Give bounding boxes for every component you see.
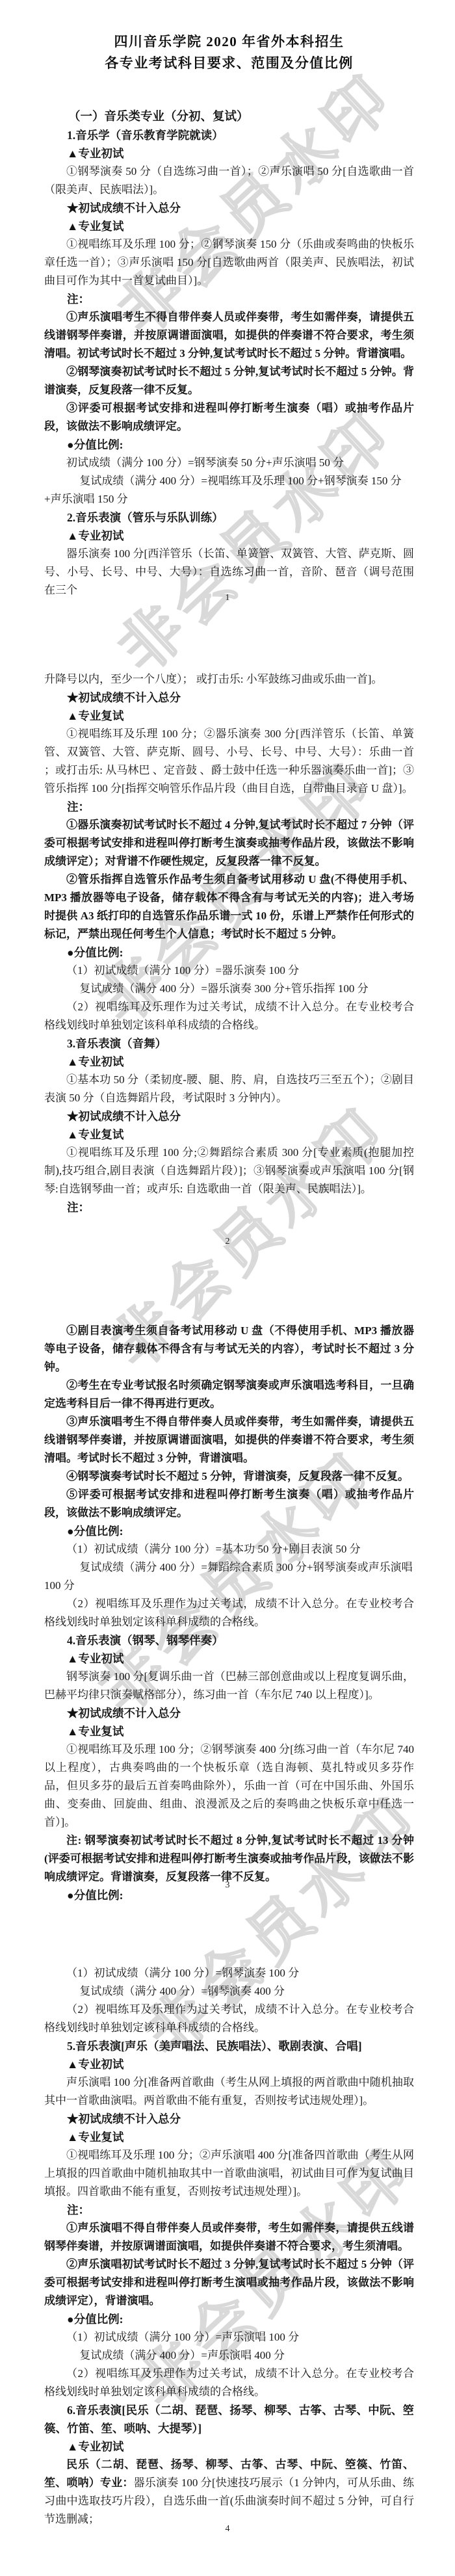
page-4-content: （1）初试成绩（满分 100 分）=钢琴演奏 100 分复试成绩（满分 400 …: [44, 1964, 414, 2529]
body-paragraph: ①视唱练耳及乐理 100 分；②钢琴演奏 400 分[练习曲一首（车尔尼 740…: [44, 1741, 414, 1832]
doc-title-line1: 四川音乐学院 2020 年省外本科招生: [44, 31, 414, 53]
heading: ▲专业复试: [44, 1125, 414, 1144]
heading: ●分值比例:: [44, 2310, 414, 2328]
doc-title: 四川音乐学院 2020 年省外本科招生 各专业考试科目要求、范围及分值比例: [44, 31, 414, 74]
heading: ★初试成绩不计入总分: [44, 2110, 414, 2128]
note-paragraph: ①声乐演唱考生不得自带伴奏人员或伴奏带，考生如需伴奏，请提供五线谱钢琴伴奏谱，并…: [44, 308, 414, 363]
body-paragraph: ①视唱练耳及乐理 100 分；②器乐演奏 300 分[西洋管乐（长笛、单簧管、双…: [44, 725, 414, 798]
heading: ●分值比例:: [44, 943, 414, 962]
note-paragraph: ①声乐演唱不得自带伴奏人员或伴奏带，考生如需伴奏，请提供五线谱钢琴伴奏谱，并按原…: [44, 2219, 414, 2255]
body-paragraph: 升降号以内，至少一个八度）； 或打击乐: 小军鼓练习曲或乐曲一首]。: [44, 670, 414, 689]
heading: 注：: [44, 798, 414, 816]
score-formula: 复试成绩（满分 400 分）=钢琴演奏 400 分: [44, 1982, 414, 2001]
heading: 注：: [44, 290, 414, 308]
score-formula: 复试成绩（满分 400 分）=视唱练耳及乐理 100 分+钢琴演奏 150 分+…: [44, 472, 414, 508]
heading: 注：: [44, 2201, 414, 2219]
heading: ★初试成绩不计入总分: [44, 1704, 414, 1722]
heading: 1.音乐学（音乐教育学院就读）: [44, 126, 414, 144]
body-paragraph: 钢琴演奏 100 分[复调乐曲一首（巴赫三部创意曲或以上程度复调乐曲，巴赫平均律…: [44, 1668, 414, 1704]
note-paragraph: ②考生在专业考试报名时须确定钢琴演奏或声乐演唱选考科目，一旦确定选考科目后一律不…: [44, 1376, 414, 1413]
note-paragraph: ②钢琴演奏初试考试时长不超过 5 分钟,复试考试时长不超过 5 分钟。背谱演奏，…: [44, 363, 414, 399]
page-3-content: ①剧目表演考生须自备考试用移动 U 盘（不得使用手机、MP3 播放器等电子设备，…: [44, 1322, 414, 1904]
score-formula: （1）初试成绩（满分 100 分）=声乐演唱 100 分: [44, 2328, 414, 2346]
page-number-3: 3: [0, 1880, 455, 1891]
heading: 2.音乐表演（管乐与乐队训练）: [44, 508, 414, 527]
body-paragraph: （2）视唱练耳及乐理作为过关考试，成绩不计入总分。在专业校考合格线划线时单独划定…: [44, 1595, 414, 1631]
score-formula: 复试成绩（满分 400 分）=声乐演唱 400 分: [44, 2346, 414, 2365]
body-paragraph: ①视唱练耳及乐理 100 分；②钢琴演奏 150 分（乐曲或奏鸣曲的快板乐章任选…: [44, 235, 414, 290]
page-number-2: 2: [0, 1237, 455, 1247]
body-paragraph: ①视唱练耳及乐理 100 分；②声乐演唱 400 分[准备四首歌曲（考生从网上填…: [44, 2146, 414, 2201]
body-paragraph: （2）视唱练耳及乐理作为过关考试，成绩不计入总分。在专业校考合格线划线时单独划定…: [44, 998, 414, 1034]
note-paragraph: 注: 钢琴演奏初试考试时长不超过 8 分钟,复试考试时长不超过 13 分钟(评委…: [44, 1832, 414, 1886]
body-paragraph: 声乐演唱 100 分[准备两首歌曲（考生从网上填报的两首歌曲中随机抽取其中一首歌…: [44, 2073, 414, 2110]
note-paragraph: ①器乐演奏初试考试时长不超过 4 分钟,复试考试时长不超过 7 分钟（评委可根据…: [44, 816, 414, 871]
heading: 注：: [44, 1198, 414, 1216]
heading: ▲专业复试: [44, 217, 414, 235]
page-1: 四川音乐学院 2020 年省外本科招生 各专业考试科目要求、范围及分值比例 （一…: [0, 0, 455, 644]
page-2-content: 升降号以内，至少一个八度）； 或打击乐: 小军鼓练习曲或乐曲一首]。★初试成绩不…: [44, 670, 414, 1216]
body-paragraph: 器乐演奏 100 分[西洋管乐（长笛、单簧管、双簧管、大管、萨克斯、圆号、小号、…: [44, 545, 414, 599]
note-paragraph: ③声乐演唱考生不得自带伴奏人员或伴奏带，考生如需伴奏，请提供五线谱钢琴伴奏谱，并…: [44, 1413, 414, 1467]
heading: 6.音乐表演[民乐（二胡、琵琶、扬琴、柳琴、古筝、古琴、中阮、箜篌、竹笛、笙、唢…: [44, 2401, 414, 2438]
note-paragraph: ①剧目表演考生须自备考试用移动 U 盘（不得使用手机、MP3 播放器等电子设备，…: [44, 1322, 414, 1376]
heading: ▲专业复试: [44, 1722, 414, 1741]
page-2: 升降号以内，至少一个八度）； 或打击乐: 小军鼓练习曲或乐曲一首]。★初试成绩不…: [0, 644, 455, 1287]
heading: ★初试成绩不计入总分: [44, 1107, 414, 1125]
section-heading: （一）音乐类专业（分初、复试）: [44, 108, 414, 126]
heading: ▲专业复试: [44, 707, 414, 725]
heading: ▲专业初试: [44, 2055, 414, 2073]
body-paragraph: （2）视唱练耳及乐理作为过关考试，成绩不计入总分。在专业校考合格线划线时单独划定…: [44, 2001, 414, 2037]
body-paragraph: 民乐（二胡、琵琶、扬琴、柳琴、古筝、古琴、中阮、箜篌、竹笛、笙、唢呐）专业：器乐…: [44, 2456, 414, 2529]
page-number-4: 4: [0, 2524, 455, 2534]
note-paragraph: ②管乐指挥自选管乐作品考生须自备考试用移动 U 盘(不得使用手机、MP3 播放器…: [44, 871, 414, 943]
note-paragraph: ⑤评委可根据考试安排和进程叫停打断考生演奏（唱）或抽考作品片段，该做法不影响成绩…: [44, 1486, 414, 1522]
score-formula: 复试成绩（满分 400 分）=舞蹈综合素质 300 分+钢琴演奏或声乐演唱 10…: [44, 1558, 414, 1595]
score-formula: （1）初试成绩（满分 100 分）=基本功 50 分+剧目表演 50 分: [44, 1540, 414, 1558]
score-formula: 初试成绩（满分 100 分）=钢琴演奏 50 分+声乐演唱 50 分: [44, 454, 414, 472]
score-formula: 复试成绩（满分 400 分）=器乐演奏 300 分+管乐指挥 100 分: [44, 980, 414, 998]
body-paragraph: ①基本功 50 分（柔韧度-腰、腿、胯、肩，自选技巧三至五个）；②剧目表演 50…: [44, 1071, 414, 1107]
heading: ▲专业初试: [44, 2438, 414, 2456]
heading: ▲专业初试: [44, 1053, 414, 1071]
doc-title-line2: 各专业考试科目要求、范围及分值比例: [44, 53, 414, 74]
heading: ▲专业复试: [44, 2128, 414, 2146]
document: 非会员水印非会员水印非会员水印非会员水印非会员水印非会员水印非会员水印 四川音乐…: [0, 0, 455, 2576]
heading: 3.音乐表演（音舞）: [44, 1034, 414, 1053]
body-paragraph: ①视唱练耳及乐理 100 分;②舞蹈综合素质 300 分[专业素质(抱腿加控制)…: [44, 1144, 414, 1198]
page-3: ①剧目表演考生须自备考试用移动 U 盘（不得使用手机、MP3 播放器等电子设备，…: [0, 1287, 455, 1931]
heading: ★初试成绩不计入总分: [44, 689, 414, 707]
heading: ★初试成绩不计入总分: [44, 199, 414, 217]
page-number-1: 1: [0, 593, 455, 603]
heading: ▲专业初试: [44, 527, 414, 545]
body-paragraph: ①钢琴演奏 50 分（自选练习曲一首）；②声乐演唱 50 分[自选歌曲一首（限美…: [44, 163, 414, 199]
bold-lead: 民乐（二胡、琵琶、扬琴、柳琴、古筝、古琴、中阮、箜篌、竹笛、笙、唢呐）专业：: [44, 2458, 414, 2489]
score-formula: （1）初试成绩（满分 100 分）=钢琴演奏 100 分: [44, 1964, 414, 1982]
heading: 4.音乐表演（钢琴、钢琴伴奏）: [44, 1631, 414, 1649]
heading: 5.音乐表演[声乐（美声唱法、民族唱法）、歌剧表演、合唱]: [44, 2037, 414, 2055]
page-1-content: （一）音乐类专业（分初、复试）1.音乐学（音乐教育学院就读）▲专业初试①钢琴演奏…: [44, 108, 414, 599]
heading: ●分值比例:: [44, 436, 414, 454]
page-4: （1）初试成绩（满分 100 分）=钢琴演奏 100 分复试成绩（满分 400 …: [0, 1931, 455, 2576]
score-formula: （1）初试成绩（满分 100 分）=器乐演奏 100 分: [44, 962, 414, 980]
body-paragraph: （2）视唱练耳及乐理作为过关考试，成绩不计入总分。在专业校考合格线划线时单独划定…: [44, 2365, 414, 2401]
heading: ▲专业初试: [44, 1649, 414, 1668]
heading: ▲专业初试: [44, 144, 414, 163]
note-paragraph: ③评委可根据考试安排和进程叫停打断考生演奏（唱）或抽考作品片段，该做法不影响成绩…: [44, 399, 414, 436]
note-paragraph: ④钢琴演奏考试时长不超过 5 分钟，背谱演奏，反复段落一律不反复。: [44, 1467, 414, 1486]
heading: ●分值比例:: [44, 1522, 414, 1540]
note-paragraph: ②声乐演唱初试考试时长不超过 3 分钟,复试考试时长不超过 5 分钟（评委可根据…: [44, 2255, 414, 2310]
